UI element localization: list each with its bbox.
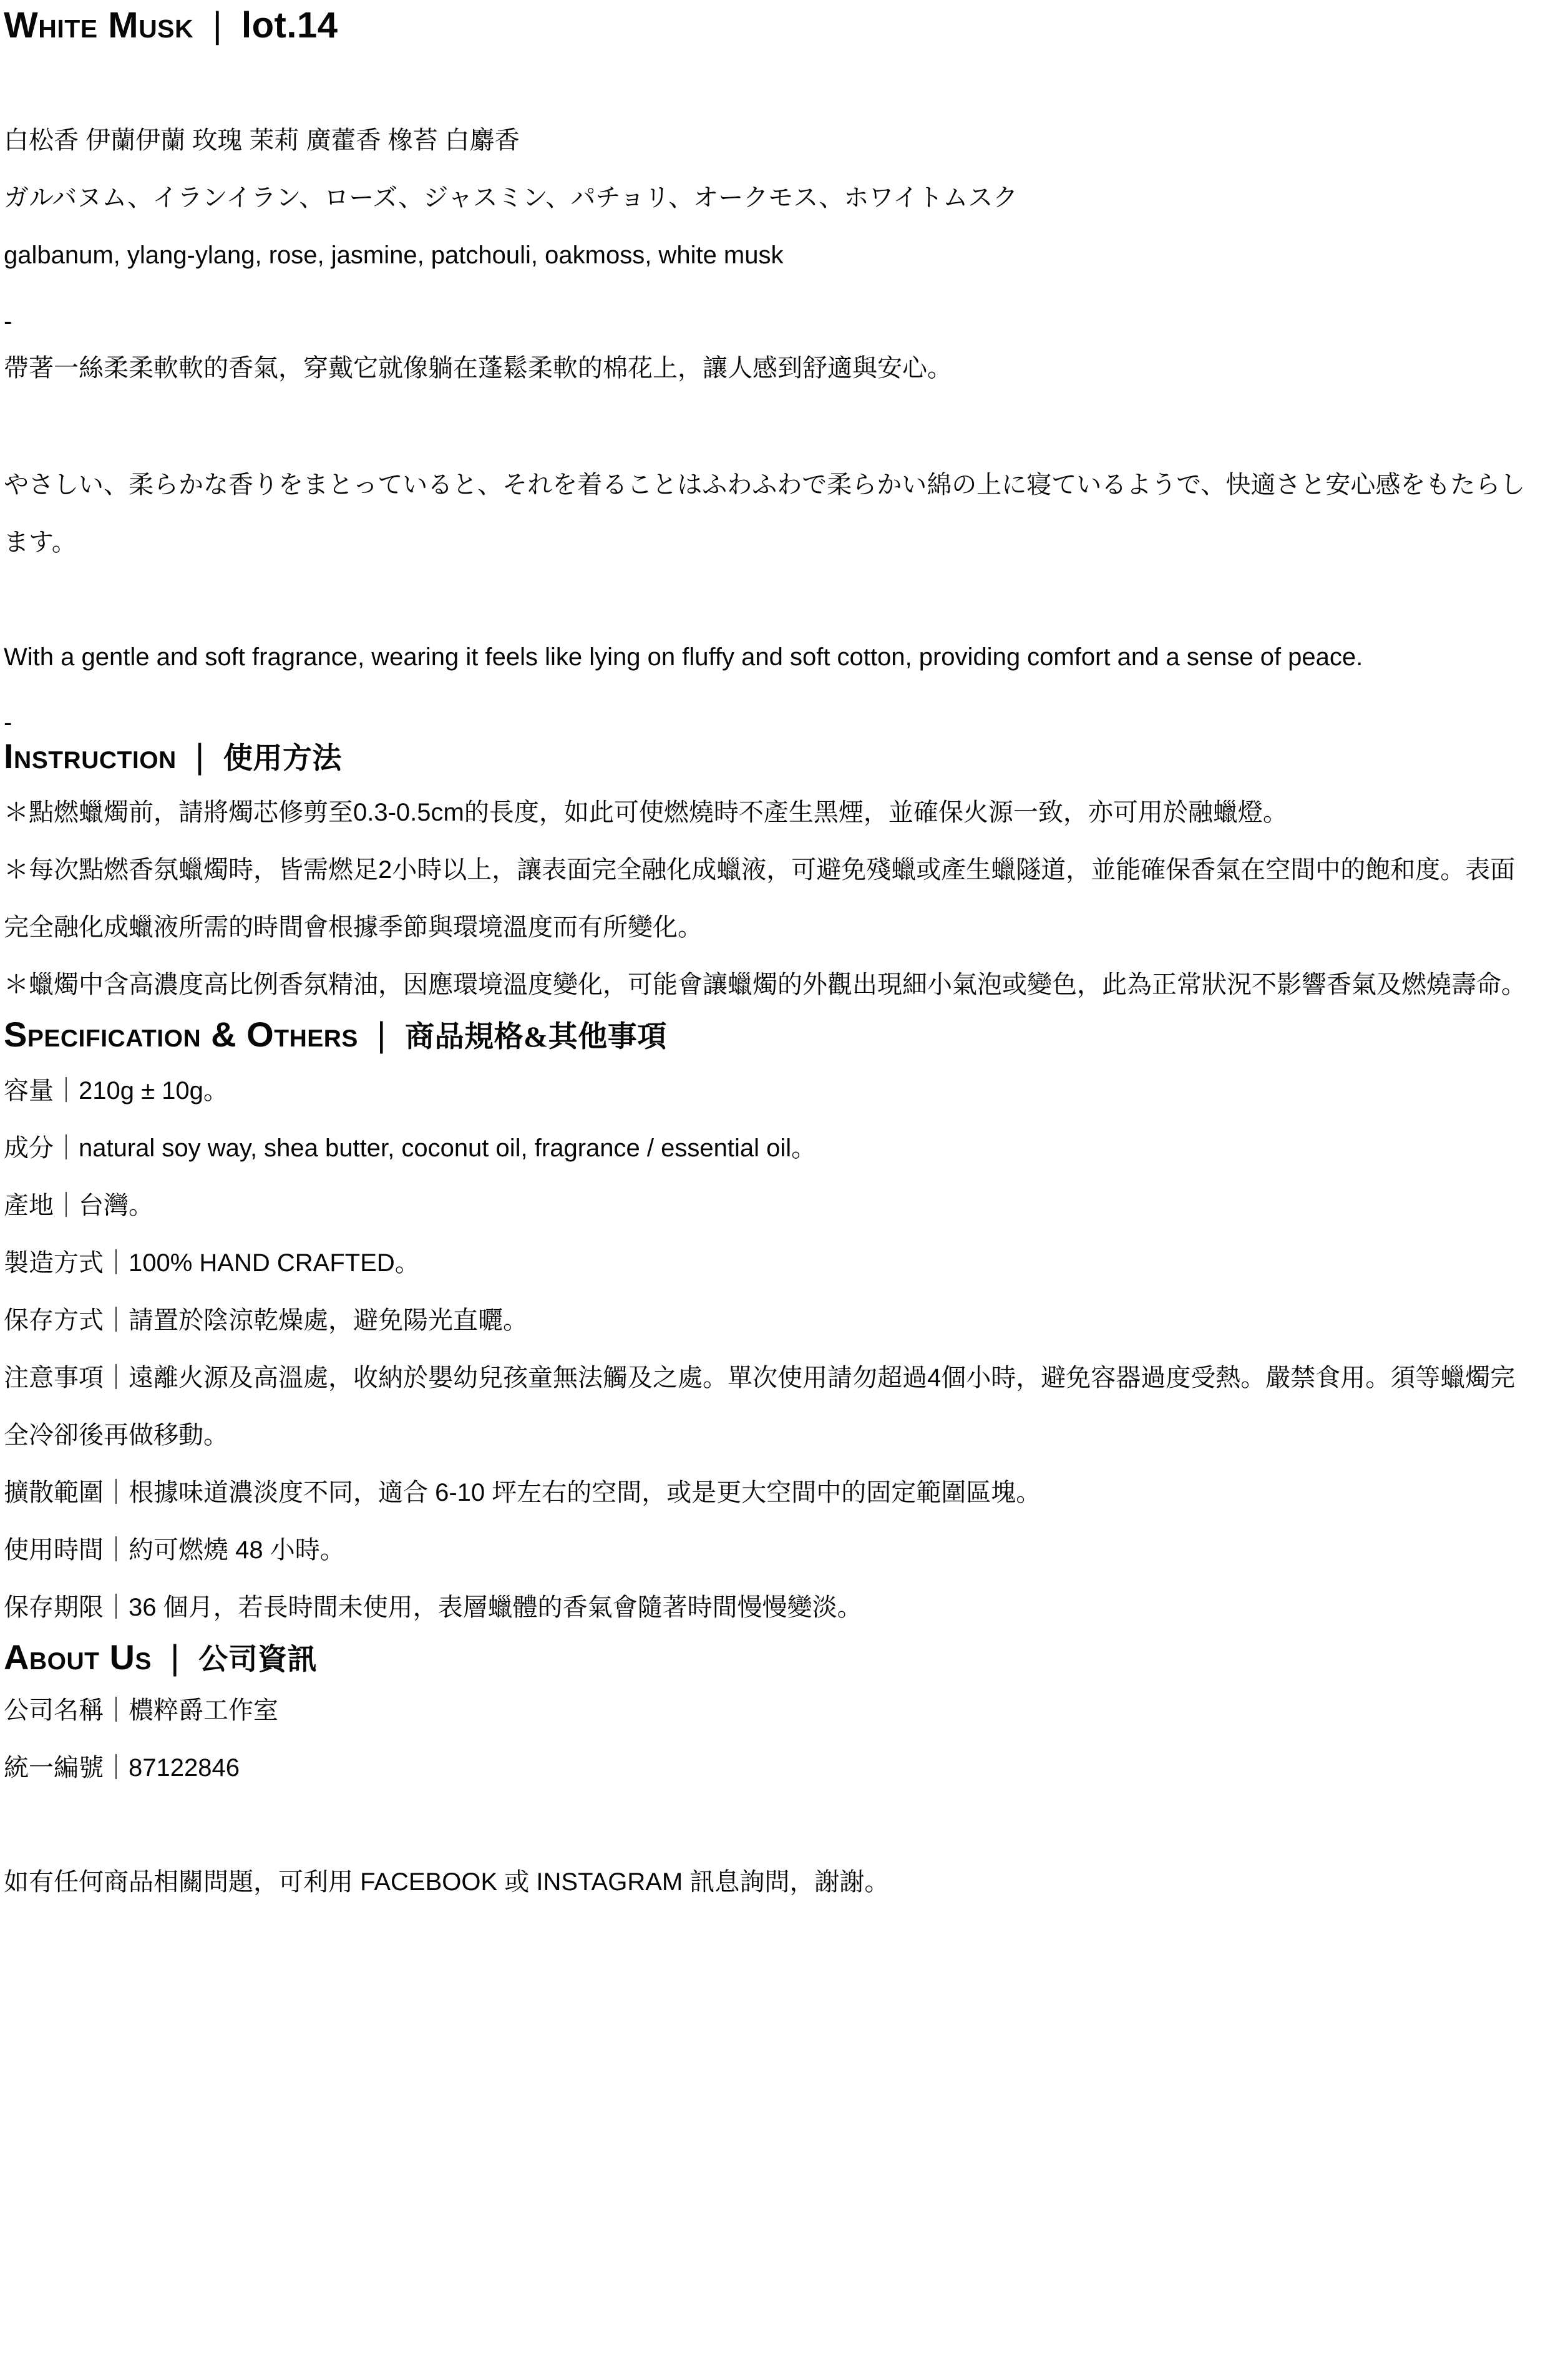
- specification-item: 注意事項｜遠離火源及高溫處，收納於嬰幼兒孩童無法觸及之處。單次使用請勿超過4個小…: [4, 1349, 1528, 1464]
- page-title-main: White Musk: [4, 5, 193, 46]
- instruction-item: ＊每次點燃香氛蠟燭時，皆需燃足2小時以上，讓表面完全融化成蠟液，可避免殘蠟或產生…: [4, 841, 1528, 956]
- scent-notes: 白松香 伊蘭伊蘭 玫瑰 茉莉 廣藿香 橡苔 白麝香 ガルバヌム、イランイラン、ロ…: [4, 112, 1528, 284]
- scent-notes-ja: ガルバヌム、イランイラン、ローズ、ジャスミン、パチョリ、オークモス、ホワイトムス…: [4, 169, 1528, 227]
- instruction-list: ＊點燃蠟燭前，請將燭芯修剪至0.3-0.5cm的長度，如此可使燃燒時不產生黑煙，…: [4, 784, 1528, 1013]
- instruction-heading-zh: 使用方法: [223, 743, 342, 775]
- specification-item: 產地｜台灣。: [4, 1177, 1528, 1234]
- company-info-item: 統一編號｜87122846: [4, 1739, 1528, 1797]
- specification-item: 保存方式｜請置於陰涼乾燥處，避免陽光直曬。: [4, 1292, 1528, 1349]
- specification-heading-zh: 商品規格&其他事項: [405, 1021, 667, 1053]
- company-info-item: 公司名稱｜檂粹爵工作室: [4, 1682, 1528, 1739]
- page-title: White Musk | lot.14: [4, 5, 1528, 47]
- heading-separator: |: [170, 1637, 180, 1677]
- scent-notes-en: galbanum, ylang-ylang, rose, jasmine, pa…: [4, 227, 1528, 284]
- about-us-heading-zh: 公司資訊: [198, 1644, 317, 1676]
- divider-dash: -: [4, 710, 1528, 735]
- specification-item: 成分｜natural soy way, shea butter, coconut…: [4, 1119, 1528, 1177]
- divider-dash: -: [4, 309, 1528, 334]
- contact-line: 如有任何商品相關問題，可利用 FACEBOOK 或 INSTAGRAM 訊息詢問…: [4, 1853, 1528, 1911]
- instruction-heading: Instruction | 使用方法: [4, 735, 1528, 777]
- specification-item: 擴散範圍｜根據味道濃淡度不同，適合 6-10 坪左右的空間，或是更大空間中的固定…: [4, 1464, 1528, 1521]
- product-description-document: White Musk | lot.14 白松香 伊蘭伊蘭 玫瑰 茉莉 廣藿香 橡…: [0, 5, 1558, 1911]
- instruction-heading-en: Instruction: [4, 736, 177, 776]
- company-info-list: 公司名稱｜檂粹爵工作室統一編號｜87122846: [4, 1682, 1528, 1797]
- heading-separator: |: [195, 736, 205, 776]
- description-en: With a gentle and soft fragrance, wearin…: [4, 628, 1528, 686]
- specification-item: 製造方式｜100% HAND CRAFTED。: [4, 1234, 1528, 1292]
- page-title-lot-number: lot.14: [241, 5, 338, 46]
- specification-item: 容量｜210g ± 10g。: [4, 1062, 1528, 1119]
- instruction-item: ＊蠟燭中含高濃度高比例香氛精油，因應環境溫度變化，可能會讓蠟燭的外觀出現細小氣泡…: [4, 956, 1528, 1013]
- specification-item: 保存期限｜36 個月，若長時間未使用，表層蠟體的香氣會隨著時間慢慢變淡。: [4, 1579, 1528, 1636]
- specification-list: 容量｜210g ± 10g。成分｜natural soy way, shea b…: [4, 1062, 1528, 1636]
- scent-notes-zh: 白松香 伊蘭伊蘭 玫瑰 茉莉 廣藿香 橡苔 白麝香: [4, 112, 1528, 169]
- title-separator: |: [213, 5, 223, 46]
- about-us-heading: About Us | 公司資訊: [4, 1636, 1528, 1678]
- specification-item: 使用時間｜約可燃燒 48 小時。: [4, 1521, 1528, 1579]
- heading-separator: |: [377, 1015, 386, 1054]
- about-us-heading-en: About Us: [4, 1637, 152, 1677]
- description-zh: 帶著一絲柔柔軟軟的香氣，穿戴它就像躺在蓬鬆柔軟的棉花上，讓人感到舒適與安心。: [4, 339, 1528, 397]
- specification-heading: Specification & Others | 商品規格&其他事項: [4, 1013, 1528, 1055]
- instruction-item: ＊點燃蠟燭前，請將燭芯修剪至0.3-0.5cm的長度，如此可使燃燒時不產生黑煙，…: [4, 784, 1528, 841]
- description-ja: やさしい、柔らかな香りをまとっていると、それを着ることはふわふわで柔らかい綿の上…: [4, 456, 1528, 571]
- specification-heading-en: Specification & Others: [4, 1015, 358, 1054]
